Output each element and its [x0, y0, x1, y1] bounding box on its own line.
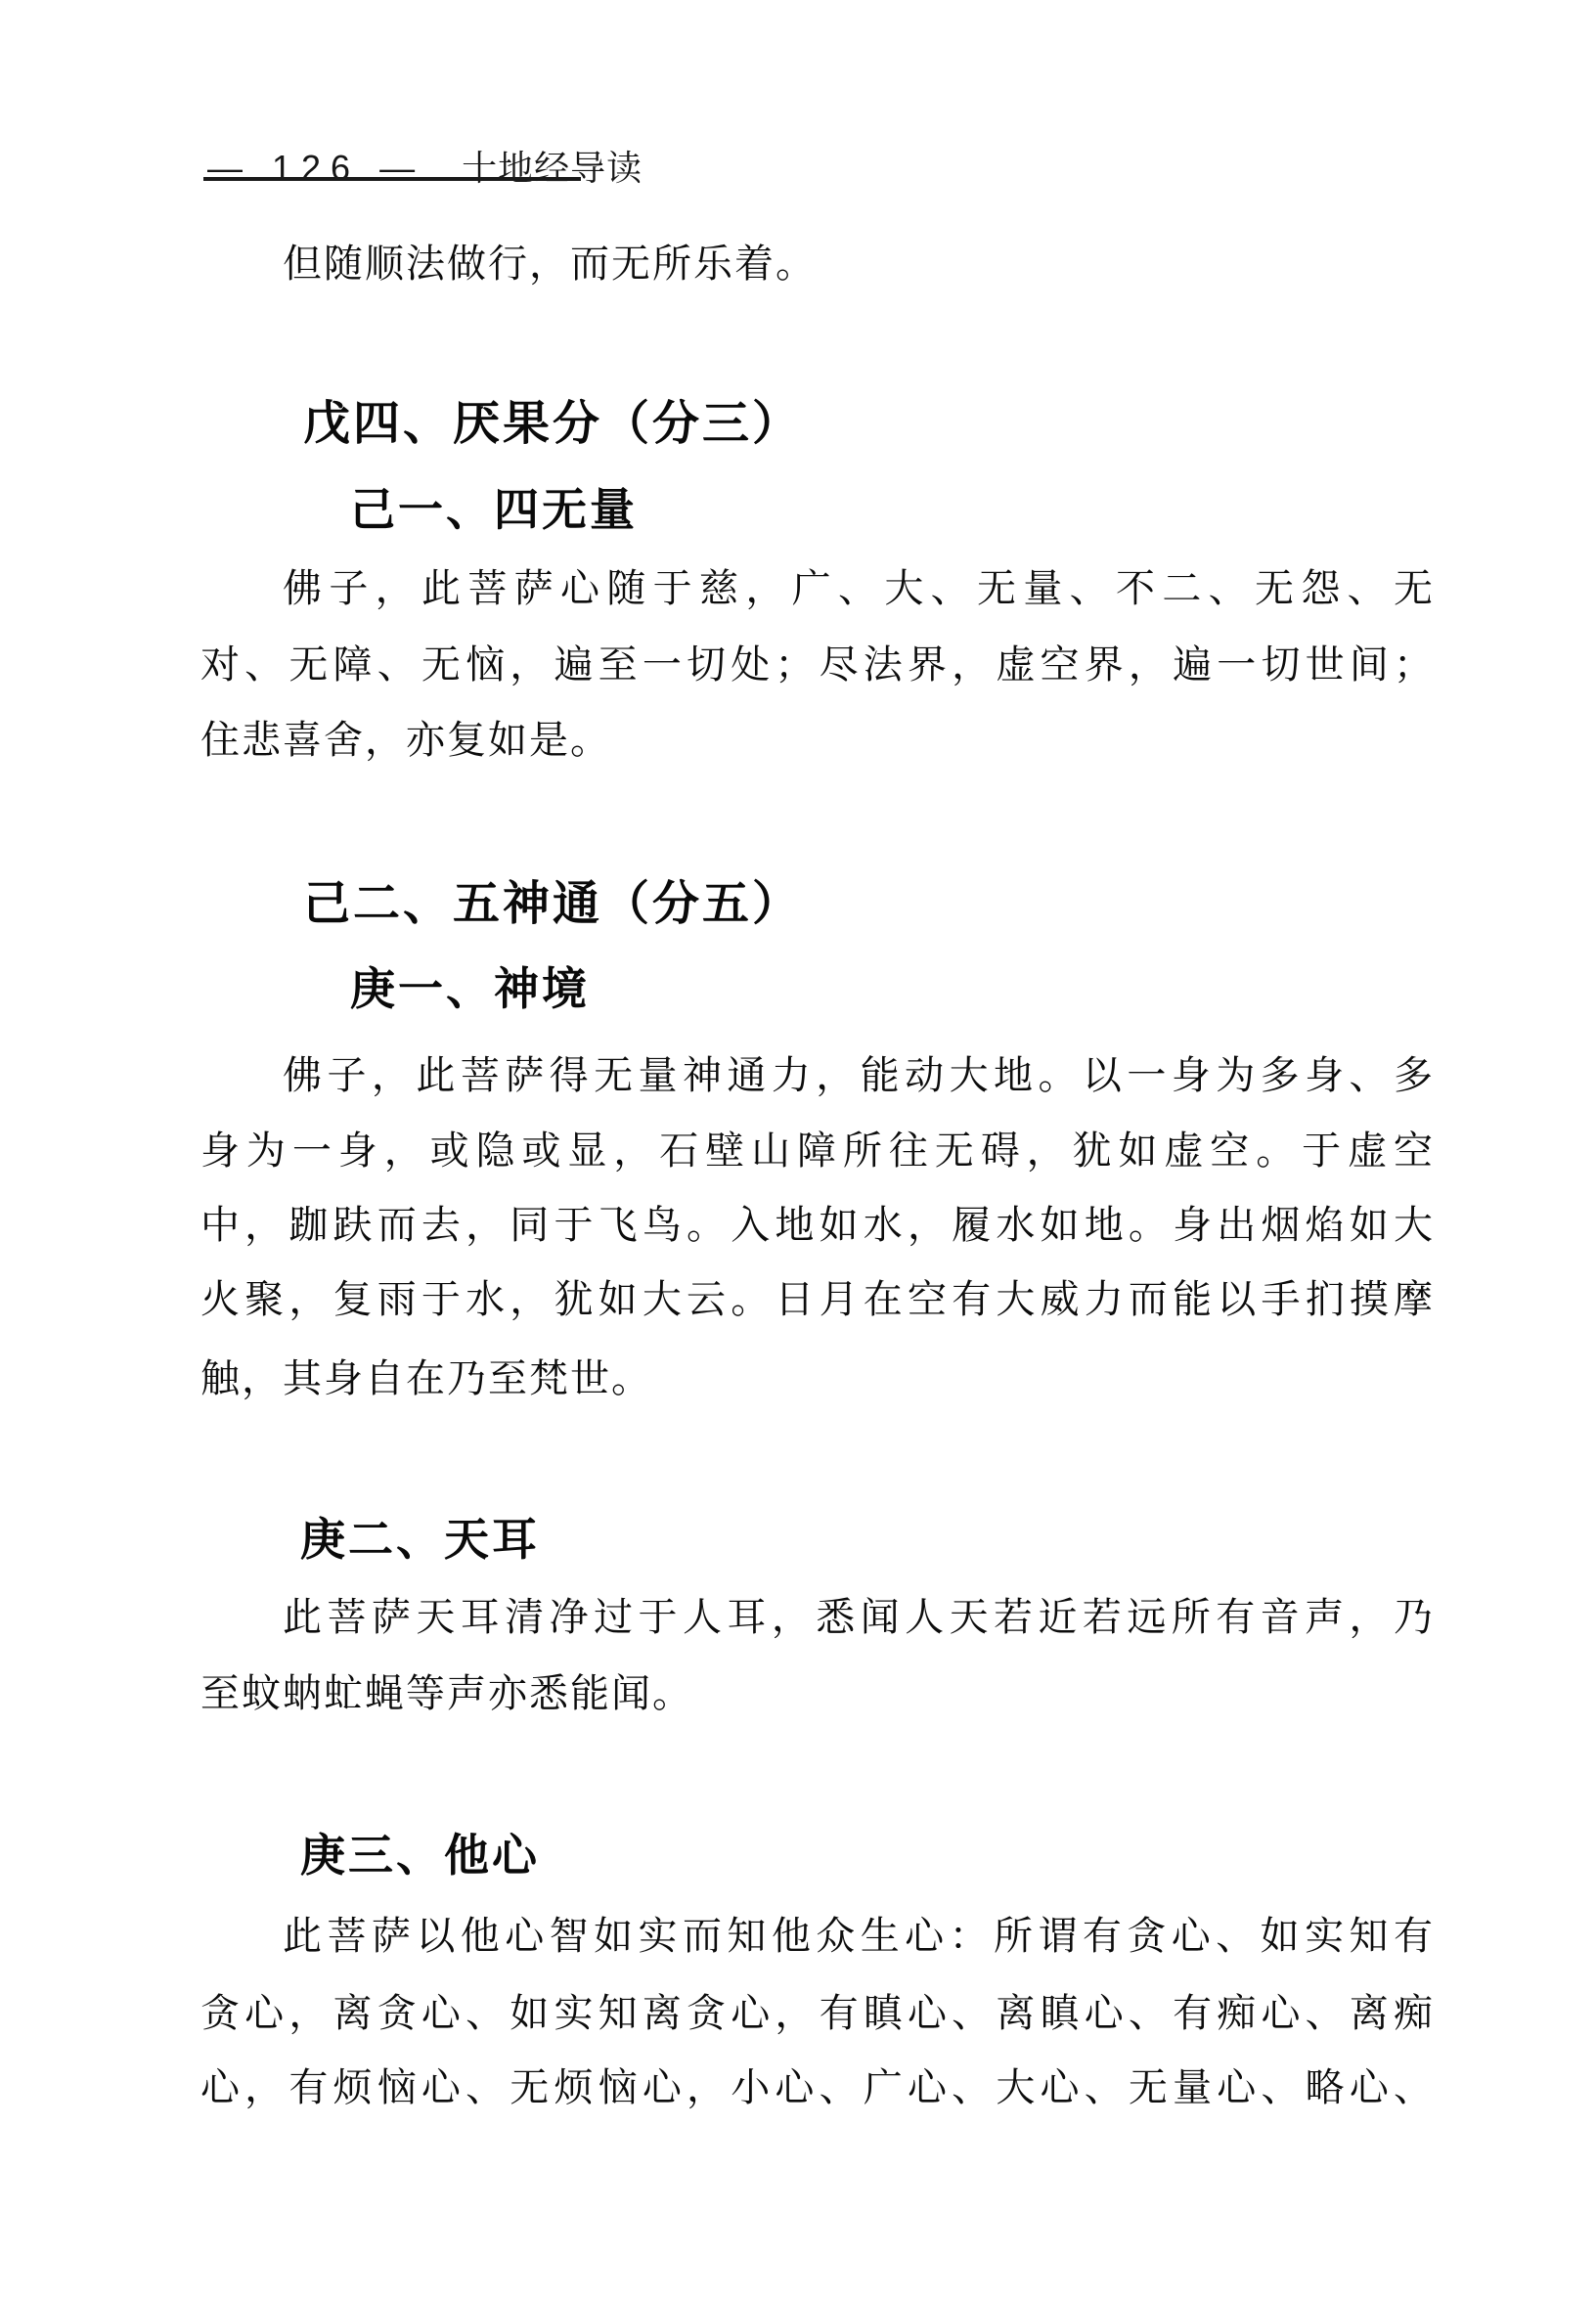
section-heading-geng1: 庚一、神境	[350, 966, 590, 1011]
paragraph-line: 心，有烦恼心、无烦恼心，小心、广心、大心、无量心、略心、	[200, 2064, 1435, 2111]
book-title: 十地经导读	[462, 148, 643, 188]
section-heading-geng2: 庚二、天耳	[300, 1517, 540, 1562]
section-heading-wu4: 戊四、厌果分（分三）	[303, 401, 802, 448]
paragraph-line: 此菩萨天耳清净过于人耳，悉闻人天若近若远所有音声，乃	[200, 1594, 1435, 1641]
paragraph-line: 中，跏趺而去，同于飞鸟。入地如水，履水如地。身出烟焰如大	[200, 1202, 1435, 1249]
section-heading-geng3: 庚三、他心	[300, 1833, 540, 1878]
paragraph-line: 对、无障、无恼，遍至一切处；尽法界，虚空界，遍一切世间；	[200, 642, 1435, 688]
paragraph-line: 佛子，此菩萨心随于慈，广、大、无量、不二、无怨、无	[200, 565, 1435, 612]
paragraph-line: 但随顺法做行，而无所乐着。	[200, 241, 1435, 288]
paragraph-line: 至蚊蚋虻蝇等声亦悉能闻。	[200, 1670, 1435, 1717]
section-heading-ji2: 己二、五神通（分五）	[303, 881, 802, 928]
book-page: — 126 —十地经导读 但随顺法做行，而无所乐着。 戊四、厌果分（分三） 己一…	[0, 0, 1596, 2303]
paragraph-line: 此菩萨以他心智如实而知他众生心：所谓有贪心、如实知有	[200, 1913, 1435, 1960]
paragraph-line: 住悲喜舍，亦复如是。	[200, 717, 1435, 764]
paragraph-line: 身为一身，或隐或显，石壁山障所往无碍，犹如虚空。于虚空	[200, 1128, 1435, 1174]
paragraph-line: 佛子，此菩萨得无量神通力，能动大地。以一身为多身、多	[200, 1052, 1435, 1099]
section-heading-ji1: 己一、四无量	[350, 487, 638, 532]
paragraph-line: 触，其身自在乃至梵世。	[200, 1355, 1435, 1402]
running-head: — 126 —十地经导读	[207, 141, 643, 191]
header-rule	[203, 177, 581, 181]
paragraph-line: 火聚，复雨于水，犹如大云。日月在空有大威力而能以手扪摸摩	[200, 1276, 1435, 1323]
page-number: — 126 —	[207, 148, 424, 188]
paragraph-line: 贪心，离贪心、如实知离贪心，有瞋心、离瞋心、有痴心、离痴	[200, 1990, 1435, 2037]
